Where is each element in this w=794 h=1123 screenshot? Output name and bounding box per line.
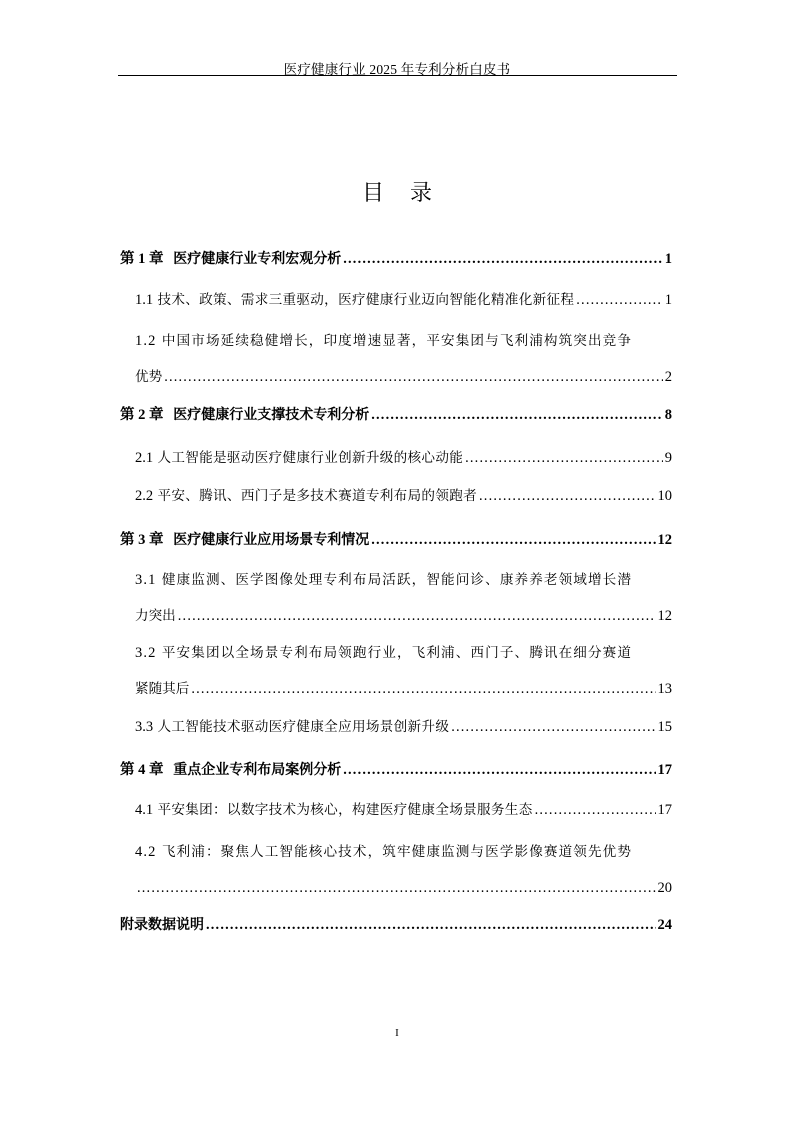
toc-title: 目录 (0, 176, 794, 207)
chapter-title: 医疗健康行业支撑技术专利分析 (173, 407, 369, 423)
toc-section-2-2[interactable]: 2.2 平安、腾讯、西门子是多技术赛道专利布局的领跑者 10 (135, 486, 672, 506)
page-number: I (0, 1027, 794, 1039)
leader-dots (465, 448, 663, 468)
leader-dots (479, 486, 655, 506)
section-title-line2: 优势 (135, 367, 162, 387)
leader-dots (371, 530, 655, 550)
toc-section-2-1[interactable]: 2.1 人工智能是驱动医疗健康行业创新升级的核心动能 9 (135, 448, 672, 468)
chapter-title: 医疗健康行业应用场景专利情况 (173, 532, 369, 548)
section-title-line1: 中国市场延续稳健增长，印度增速显著，平安集团与飞利浦构筑突出竞争 (162, 333, 632, 349)
toc-appendix[interactable]: 附录数据说明 24 (120, 915, 672, 935)
page-ref: 9 (665, 448, 672, 468)
chapter-number: 第 3 章 (120, 532, 164, 548)
section-title-line2: 力突出 (135, 606, 176, 626)
section-title: 技术、政策、需求三重驱动，医疗健康行业迈向智能化精准化新征程 (157, 292, 574, 308)
page-ref: 10 (658, 486, 673, 506)
leader-dots (535, 800, 656, 820)
toc-chapter-1[interactable]: 第 1 章 医疗健康行业专利宏观分析 1 (120, 249, 672, 269)
toc-section-1-2[interactable]: 1.2 中国市场延续稳健增长，印度增速显著，平安集团与飞利浦构筑突出竞争 优势 … (135, 331, 672, 387)
page-ref: 2 (665, 367, 672, 387)
section-number: 4.1 (135, 802, 153, 818)
leader-dots (343, 760, 655, 780)
leader-dots (343, 249, 663, 269)
chapter-number: 第 2 章 (120, 407, 164, 423)
page-ref: 12 (658, 530, 673, 550)
section-number: 3.1 (135, 572, 156, 588)
leader-dots (371, 405, 663, 425)
toc-section-4-2[interactable]: 4.2 飞利浦：聚焦人工智能核心技术，筑牢健康监测与医学影像赛道领先优势 20 (135, 842, 672, 898)
section-title-line1: 飞利浦：聚焦人工智能核心技术，筑牢健康监测与医学影像赛道领先优势 (162, 844, 632, 860)
chapter-number: 第 4 章 (120, 762, 164, 778)
page-ref: 1 (665, 290, 672, 310)
section-title-line2: 紧随其后 (135, 679, 189, 699)
toc-section-4-1[interactable]: 4.1 平安集团：以数字技术为核心，构建医疗健康全场景服务生态 17 (135, 800, 672, 820)
section-title: 人工智能是驱动医疗健康行业创新升级的核心动能 (157, 450, 463, 466)
section-number: 1.2 (135, 333, 156, 349)
section-title-line1: 平安集团以全场景专利布局领跑行业，飞利浦、西门子、腾讯在细分赛道 (162, 645, 632, 661)
page-ref: 17 (658, 800, 673, 820)
toc-section-1-1[interactable]: 1.1 技术、政策、需求三重驱动，医疗健康行业迈向智能化精准化新征程 1 (135, 290, 672, 310)
leader-dots (164, 367, 663, 387)
page-ref: 15 (658, 717, 673, 737)
section-number: 3.2 (135, 645, 156, 661)
page-ref: 24 (658, 915, 673, 935)
toc-section-3-3[interactable]: 3.3 人工智能技术驱动医疗健康全应用场景创新升级 15 (135, 717, 672, 737)
leader-dots (191, 679, 655, 699)
leader-dots (206, 915, 656, 935)
toc-section-3-2[interactable]: 3.2 平安集团以全场景专利布局领跑行业，飞利浦、西门子、腾讯在细分赛道 紧随其… (135, 643, 672, 699)
chapter-title: 重点企业专利布局案例分析 (173, 762, 341, 778)
section-number: 1.1 (135, 292, 153, 308)
header-rule (118, 75, 677, 76)
leader-dots (137, 878, 656, 898)
appendix-title: 附录数据说明 (120, 915, 204, 935)
section-number: 2.2 (135, 488, 153, 504)
leader-dots (576, 290, 662, 310)
page-ref: 1 (665, 249, 672, 269)
section-title: 平安、腾讯、西门子是多技术赛道专利布局的领跑者 (157, 488, 477, 504)
section-title: 平安集团：以数字技术为核心，构建医疗健康全场景服务生态 (157, 802, 532, 818)
section-number: 4.2 (135, 844, 156, 860)
section-number: 2.1 (135, 450, 153, 466)
page-ref: 17 (658, 760, 673, 780)
section-number: 3.3 (135, 719, 153, 735)
toc-chapter-2[interactable]: 第 2 章 医疗健康行业支撑技术专利分析 8 (120, 405, 672, 425)
toc-chapter-3[interactable]: 第 3 章 医疗健康行业应用场景专利情况 12 (120, 530, 672, 550)
toc-section-3-1[interactable]: 3.1 健康监测、医学图像处理专利布局活跃，智能问诊、康养养老领域增长潜 力突出… (135, 570, 672, 626)
chapter-title: 医疗健康行业专利宏观分析 (173, 251, 341, 267)
page-ref: 8 (665, 405, 672, 425)
page-ref: 20 (658, 878, 673, 898)
toc-chapter-4[interactable]: 第 4 章 重点企业专利布局案例分析 17 (120, 760, 672, 780)
section-title: 人工智能技术驱动医疗健康全应用场景创新升级 (157, 719, 449, 735)
leader-dots (178, 606, 656, 626)
chapter-number: 第 1 章 (120, 251, 164, 267)
leader-dots (451, 717, 655, 737)
page-ref: 13 (658, 679, 673, 699)
page-ref: 12 (658, 606, 673, 626)
section-title-line1: 健康监测、医学图像处理专利布局活跃，智能问诊、康养养老领域增长潜 (162, 572, 632, 588)
